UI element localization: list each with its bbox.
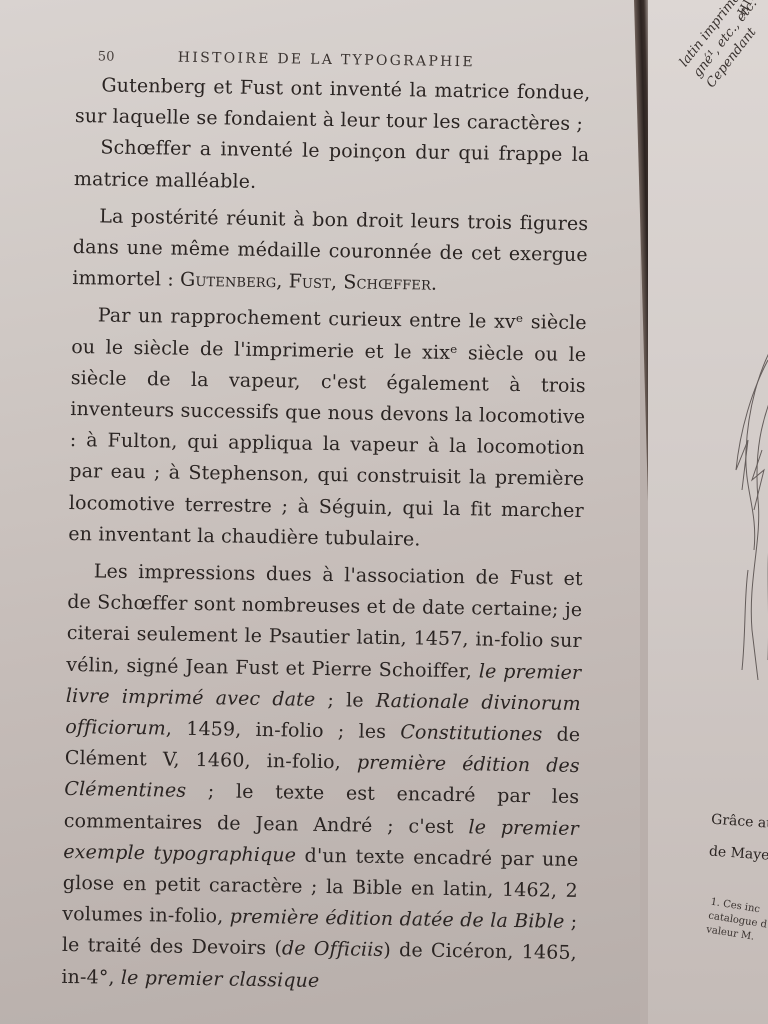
paragraph-3: La postérité réunit à bon droit leurs tr… [72, 201, 588, 303]
paragraph-4: Par un rapprochement curieux entre le xv… [68, 300, 587, 558]
paragraph-2: Schœffer a inventé le poinçon dur qui fr… [74, 132, 590, 202]
p5-italic: de Officiis [282, 938, 384, 962]
p5-italic: le premier classique [121, 967, 320, 992]
page-number: 50 [98, 49, 178, 65]
p5-text: ; le [315, 689, 376, 712]
caption-line: Grâce au [710, 804, 768, 841]
paragraph-5: Les impressions dues à l'association de … [61, 556, 583, 1001]
engraving-sketch-icon [718, 330, 768, 690]
text-block: 50 HISTOIRE DE LA TYPOGRAPHIE Gutenberg … [61, 48, 591, 1001]
caption-line: de Mayen [708, 836, 768, 873]
right-page: HIS latin imprimé, gné¹, etc., etc. Cepe… [648, 0, 768, 1024]
running-head-title: HISTOIRE DE LA TYPOGRAPHIE [178, 50, 475, 71]
inventor-names: Gutenberg, Fust, Schœffer. [180, 269, 437, 295]
right-page-text: latin imprimé, gné¹, etc., etc. Cependan… [676, 0, 768, 91]
p5-italic: première édition datée de la Bible [230, 906, 565, 933]
footnote: 1. Ces inc catalogue d valeur M. [705, 896, 768, 947]
p5-italic: Constitutiones [400, 721, 542, 745]
left-page: 50 HISTOIRE DE LA TYPOGRAPHIE Gutenberg … [0, 0, 640, 1024]
figure-caption: Grâce au de Mayen [708, 804, 768, 873]
p5-text: , 1459, in-folio ; les [166, 718, 401, 744]
paragraph-1: Gutenberg et Fust ont inventé la matrice… [75, 70, 591, 140]
